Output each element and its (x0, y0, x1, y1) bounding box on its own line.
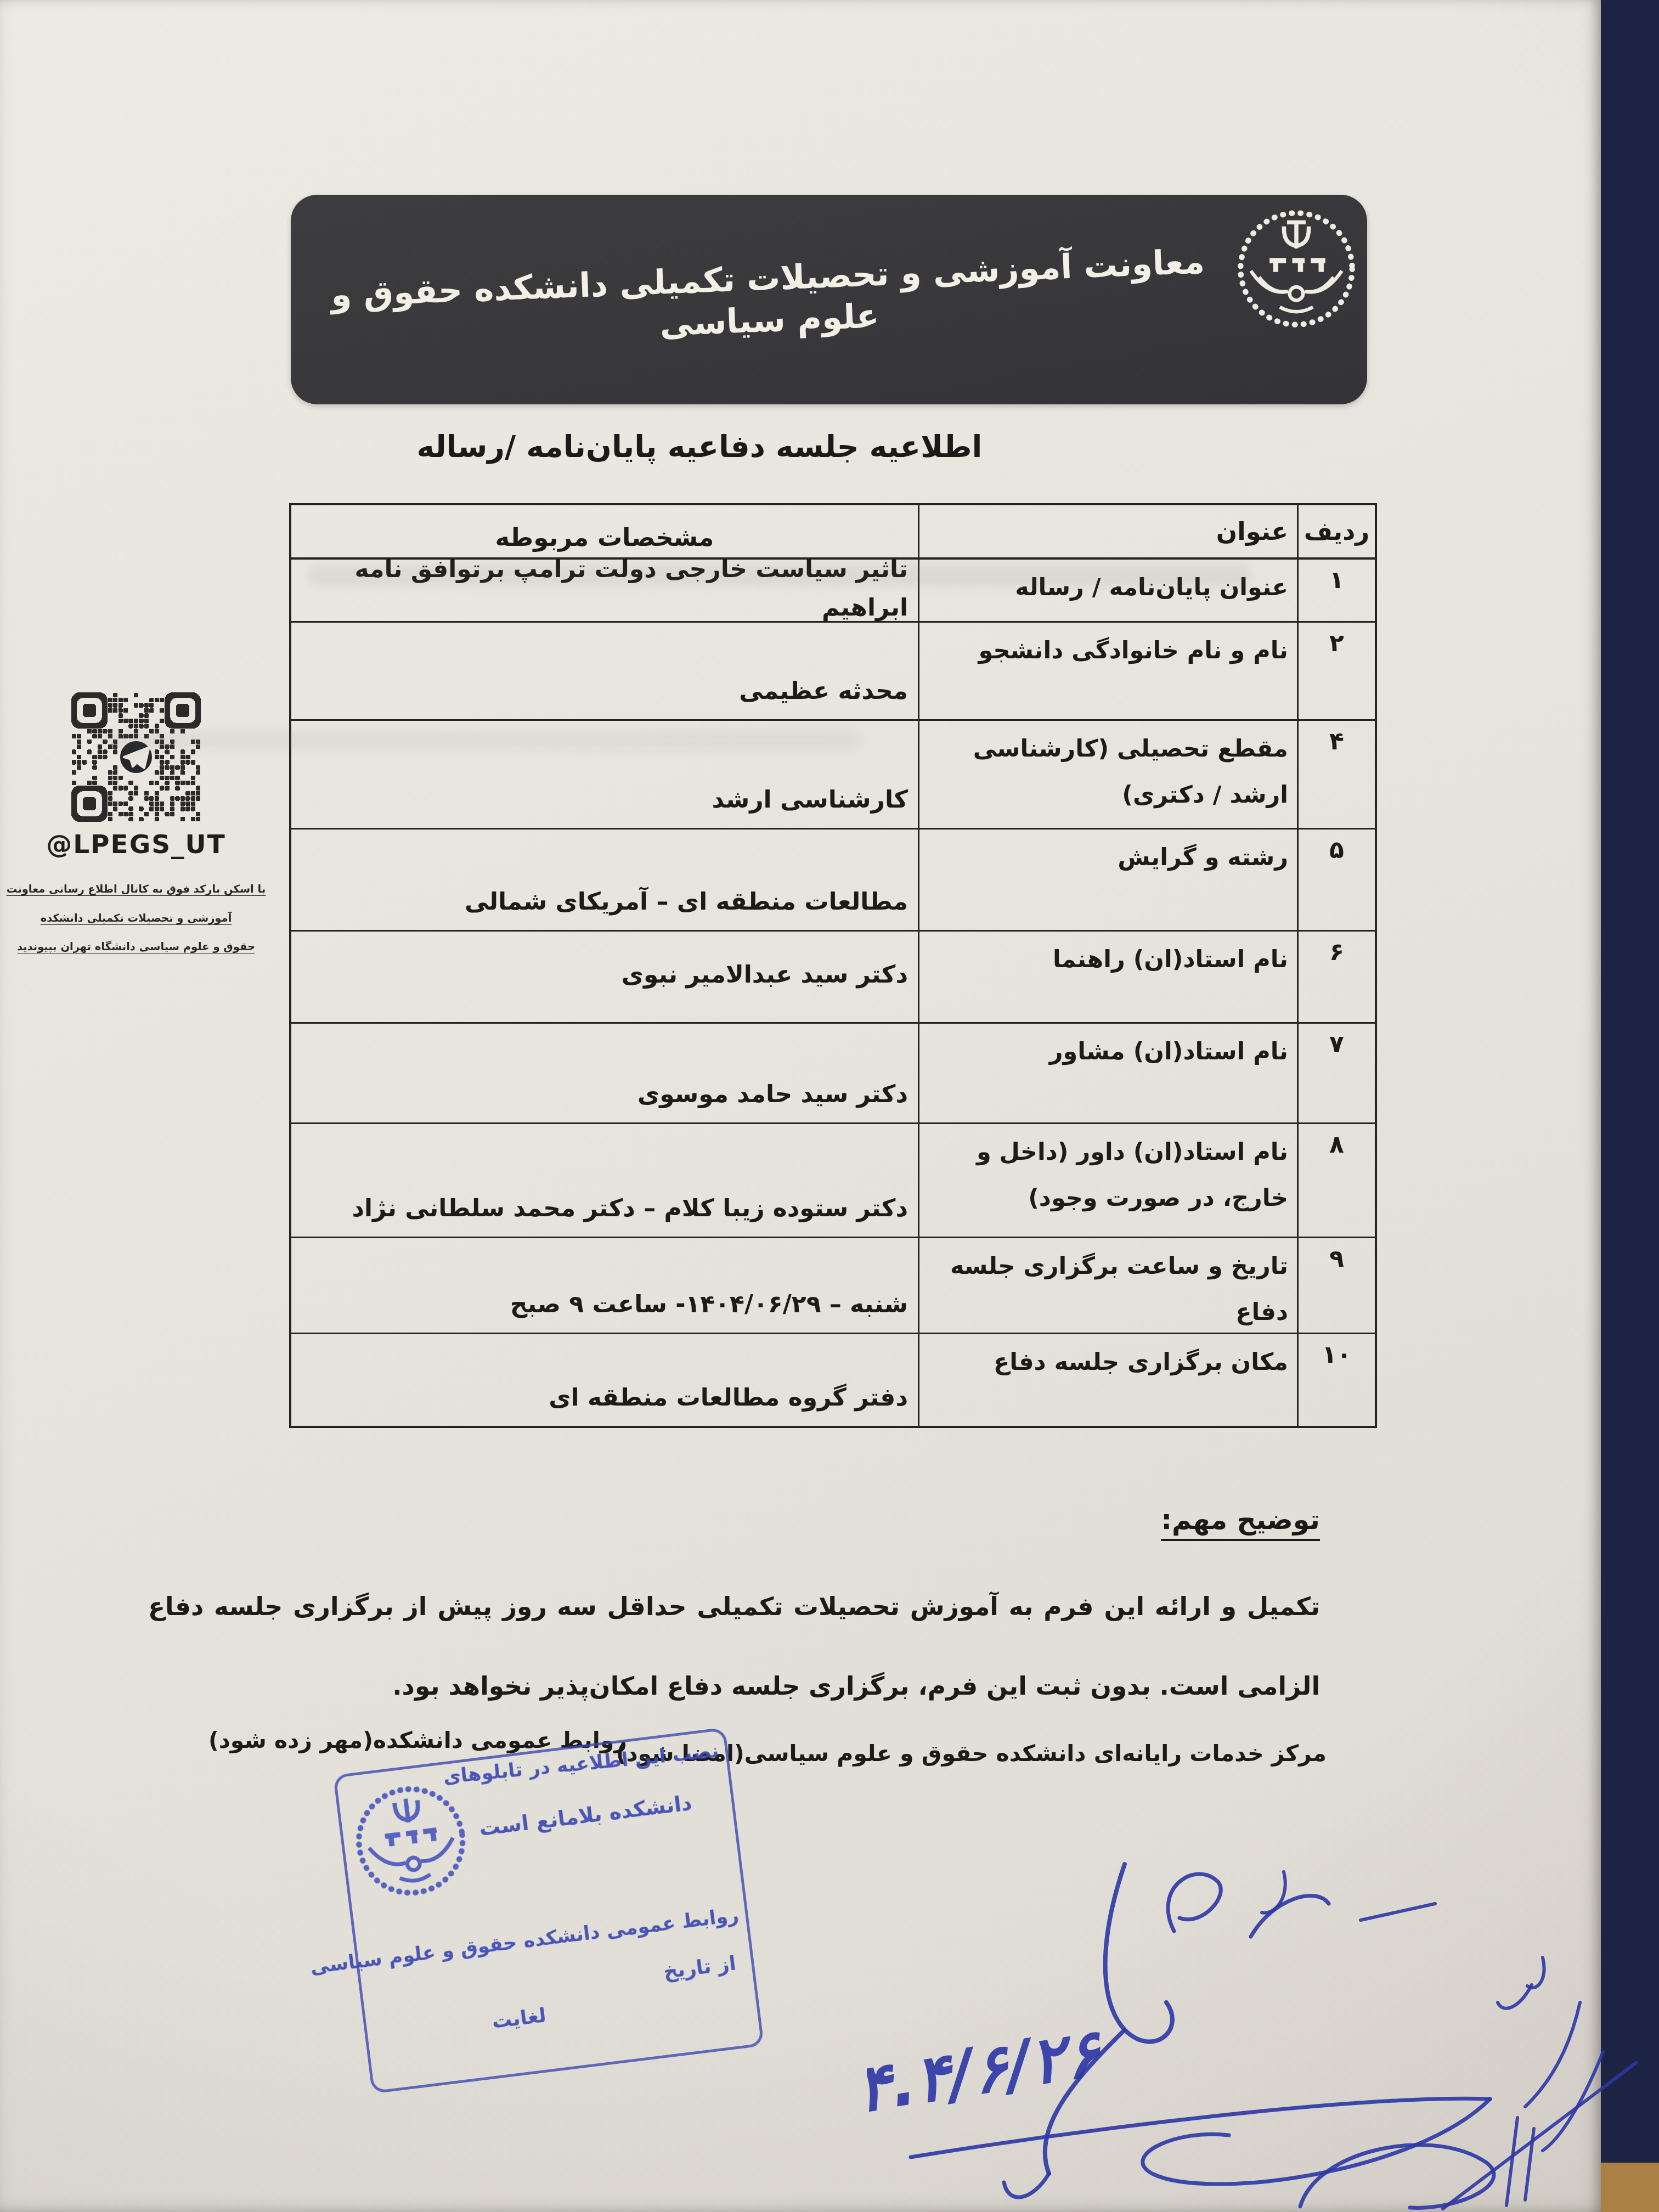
row-number: ۹ (1297, 1238, 1375, 1333)
row-value: دفتر گروه مطالعات منطقه ای (291, 1334, 918, 1426)
row-number: ۱ (1297, 560, 1375, 621)
row-value: دکتر سید عبدالامیر نبوی (291, 932, 918, 1022)
page-title: اطلاعیه جلسه دفاعیه پایان‌نامه /رساله (351, 429, 1048, 464)
stamp-from-date-label: از تاریخ (662, 1952, 737, 1983)
handwritten-signature: ۴.۴/۶/۲۶ (867, 1821, 1659, 2212)
telegram-handle: @LPEGS_UT (4, 830, 268, 860)
column-header-row-number: ردیف (1297, 505, 1375, 557)
row-value: دکتر سید حامد موسوی (291, 1024, 918, 1122)
row-value: محدثه عظیمی (291, 623, 918, 719)
table-row: ۶ نام استاد(ان) راهنما دکتر سید عبدالامی… (291, 932, 1375, 1024)
table-row: ۹ تاریخ و ساعت برگزاری جلسه دفاع شنبه – … (291, 1238, 1375, 1334)
paper-smudge (307, 565, 1251, 586)
qr-caption-line1: با اسکن بارکد فوق به کانال اطلاع رسانی م… (4, 875, 268, 933)
faculty-pr-rubber-stamp: نصب این اطلاعیه در تابلوهای دانشکده بلام… (333, 1727, 764, 2093)
stamp-university-logo-icon (347, 1777, 475, 1905)
row-number: ۲ (1297, 623, 1375, 719)
qr-caption: با اسکن بارکد فوق به کانال اطلاع رسانی م… (4, 875, 268, 962)
row-label: مقطع تحصیلی (کارشناسی ارشد / دکتری) (918, 721, 1297, 828)
paper-smudge (104, 731, 861, 749)
row-label: نام استاد(ان) داور (داخل و خارج، در صورت… (918, 1124, 1297, 1237)
row-number: ۵ (1297, 830, 1375, 930)
paper-sheet: معاونت آموزشی و تحصیلات تکمیلی دانشکده ح… (0, 0, 1601, 2212)
table-row: ۲ نام و نام خانوادگی دانشجو محدثه عظیمی (291, 623, 1375, 721)
row-value: شنبه – ۱۴۰۴/۰۶/۲۹- ساعت ۹ صبح (291, 1238, 918, 1333)
row-number: ۱۰ (1297, 1334, 1375, 1426)
table-row: ۱۰ مکان برگزاری جلسه دفاع دفتر گروه مطال… (291, 1334, 1375, 1426)
row-number: ۴ (1297, 721, 1375, 828)
row-number: ۸ (1297, 1124, 1375, 1237)
row-label: مکان برگزاری جلسه دفاع (918, 1334, 1297, 1426)
row-label: نام و نام خانوادگی دانشجو (918, 623, 1297, 719)
defense-info-table: ردیف عنوان مشخصات مربوطه ۱ عنوان پایان‌ن… (289, 503, 1377, 1428)
header-banner: معاونت آموزشی و تحصیلات تکمیلی دانشکده ح… (291, 195, 1367, 404)
column-header-title: عنوان (918, 505, 1297, 557)
row-label: رشته و گرایش (918, 830, 1297, 930)
important-note-heading: توضیح مهم: (1161, 1504, 1320, 1541)
photographed-document: معاونت آموزشی و تحصیلات تکمیلی دانشکده ح… (0, 0, 1659, 2212)
stamp-until-label: لغایت (490, 2004, 547, 2033)
table-row: ۷ نام استاد(ان) مشاور دکتر سید حامد موسو… (291, 1024, 1375, 1124)
row-value: دکتر ستوده زیبا کلام – دکتر محمد سلطانی … (291, 1124, 918, 1237)
table-row: ۸ نام استاد(ان) داور (داخل و خارج، در صو… (291, 1124, 1375, 1238)
table-row: ۵ رشته و گرایش مطالعات منطقه ای – آمریکا… (291, 830, 1375, 932)
row-label: نام استاد(ان) مشاور (918, 1024, 1297, 1122)
row-label: تاریخ و ساعت برگزاری جلسه دفاع (918, 1238, 1297, 1333)
row-label: نام استاد(ان) راهنما (918, 932, 1297, 1022)
row-number: ۷ (1297, 1024, 1375, 1122)
university-of-tehran-logo-icon (1234, 207, 1358, 331)
stamp-line2: دانشکده بلامانع است (478, 1791, 693, 1841)
row-value: مطالعات منطقه ای – آمریکای شمالی (291, 830, 918, 930)
important-note-body: تکمیل و ارائه این فرم به آموزش تحصیلات ت… (148, 1567, 1320, 1726)
row-number: ۶ (1297, 932, 1375, 1022)
handwritten-date: ۴.۴/۶/۲۶ (867, 2013, 1109, 2127)
qr-caption-line2: حقوق و علوم سیاسی دانشگاه تهران بپیوندید (4, 933, 268, 962)
faculty-deputy-title: معاونت آموزشی و تحصیلات تکمیلی دانشکده ح… (313, 178, 1223, 422)
